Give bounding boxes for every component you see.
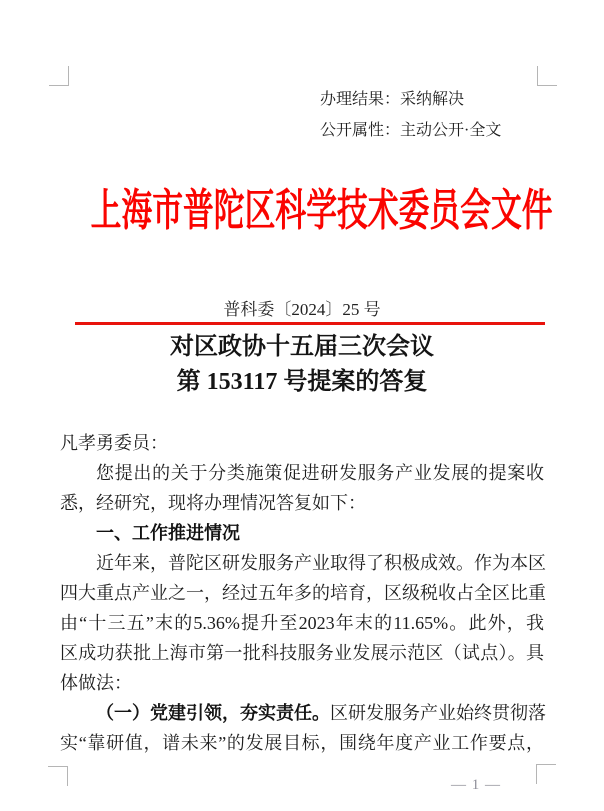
doc-reference-number: 普科委〔2024〕25 号 [0,295,604,320]
body-line: 凡孝勇委员： [60,428,544,458]
body-line: （一）党建引领，夯实责任。区研发服务产业始终贯彻落 [60,698,544,728]
body-text-segment: 实“靠研值，谱未来”的发展目标，围绕年度产业工作要点， [60,733,544,753]
letterhead-org-title: 上海市普陀区科学技术委员会文件 [91,187,514,235]
body-line: 由“十三五”末的5.36%提升至2023年末的11.65%。此外，我 [60,608,544,638]
crop-mark-bottom-left [48,766,68,786]
body-line: 您提出的关于分类施策促进研发服务产业发展的提案收 [60,458,544,488]
body-line: 四大重点产业之一，经过五年多的培育，区级税收占全区比重 [60,578,544,608]
red-separator-rule [75,322,545,325]
page-number: — 1 — [451,777,501,794]
section-heading: 一、工作推进情况 [96,523,240,543]
body-line: 实“靠研值，谱未来”的发展目标，围绕年度产业工作要点， [60,728,544,758]
body-text-segment: 凡孝勇委员： [60,433,168,453]
meta-block: 办理结果：采纳解决 公开属性：主动公开·全文 [320,84,501,146]
body-text-segment: 区研发服务产业始终贯彻落 [330,703,546,723]
handling-result-line: 办理结果：采纳解决 [320,84,501,115]
body-text-segment: 区成功获批上海市第一批科技服务业发展示范区（试点）。具 [60,643,544,663]
body-line: 区成功获批上海市第一批科技服务业发展示范区（试点）。具 [60,638,544,668]
body-text-segment: 悉，经研究，现将办理情况答复如下： [60,493,366,513]
disclosure-attribute-line: 公开属性：主动公开·全文 [320,115,501,146]
document-page: 办理结果：采纳解决 公开属性：主动公开·全文 上海市普陀区科学技术委员会文件 普… [0,0,604,811]
bold-leadin: （一）党建引领，夯实责任。 [96,703,330,723]
document-title-line1: 对区政协十五届三次会议 [0,330,604,365]
crop-mark-top-right [537,66,557,86]
body-text-segment: 由“十三五”末的5.36%提升至2023年末的11.65%。此外，我 [60,613,544,633]
body-text-segment: 四大重点产业之一，经过五年多的培育，区级税收占全区比重 [60,583,546,603]
crop-mark-bottom-right [536,764,556,784]
body-text-segment: 体做法： [60,673,132,693]
body-line: 近年来，普陀区研发服务产业取得了积极成效。作为本区 [60,548,544,578]
body-text-segment: 您提出的关于分类施策促进研发服务产业发展的提案收 [96,463,544,483]
body-text-segment: 近年来，普陀区研发服务产业取得了积极成效。作为本区 [96,553,546,573]
document-title: 对区政协十五届三次会议 第 153117 号提案的答复 [0,330,604,400]
document-title-line2: 第 153117 号提案的答复 [0,365,604,400]
body-line: 悉，经研究，现将办理情况答复如下： [60,488,544,518]
body-line: 体做法： [60,668,544,698]
body-text-block: 凡孝勇委员：您提出的关于分类施策促进研发服务产业发展的提案收悉，经研究，现将办理… [60,428,544,758]
body-line: 一、工作推进情况 [60,518,544,548]
crop-mark-top-left [49,66,69,86]
